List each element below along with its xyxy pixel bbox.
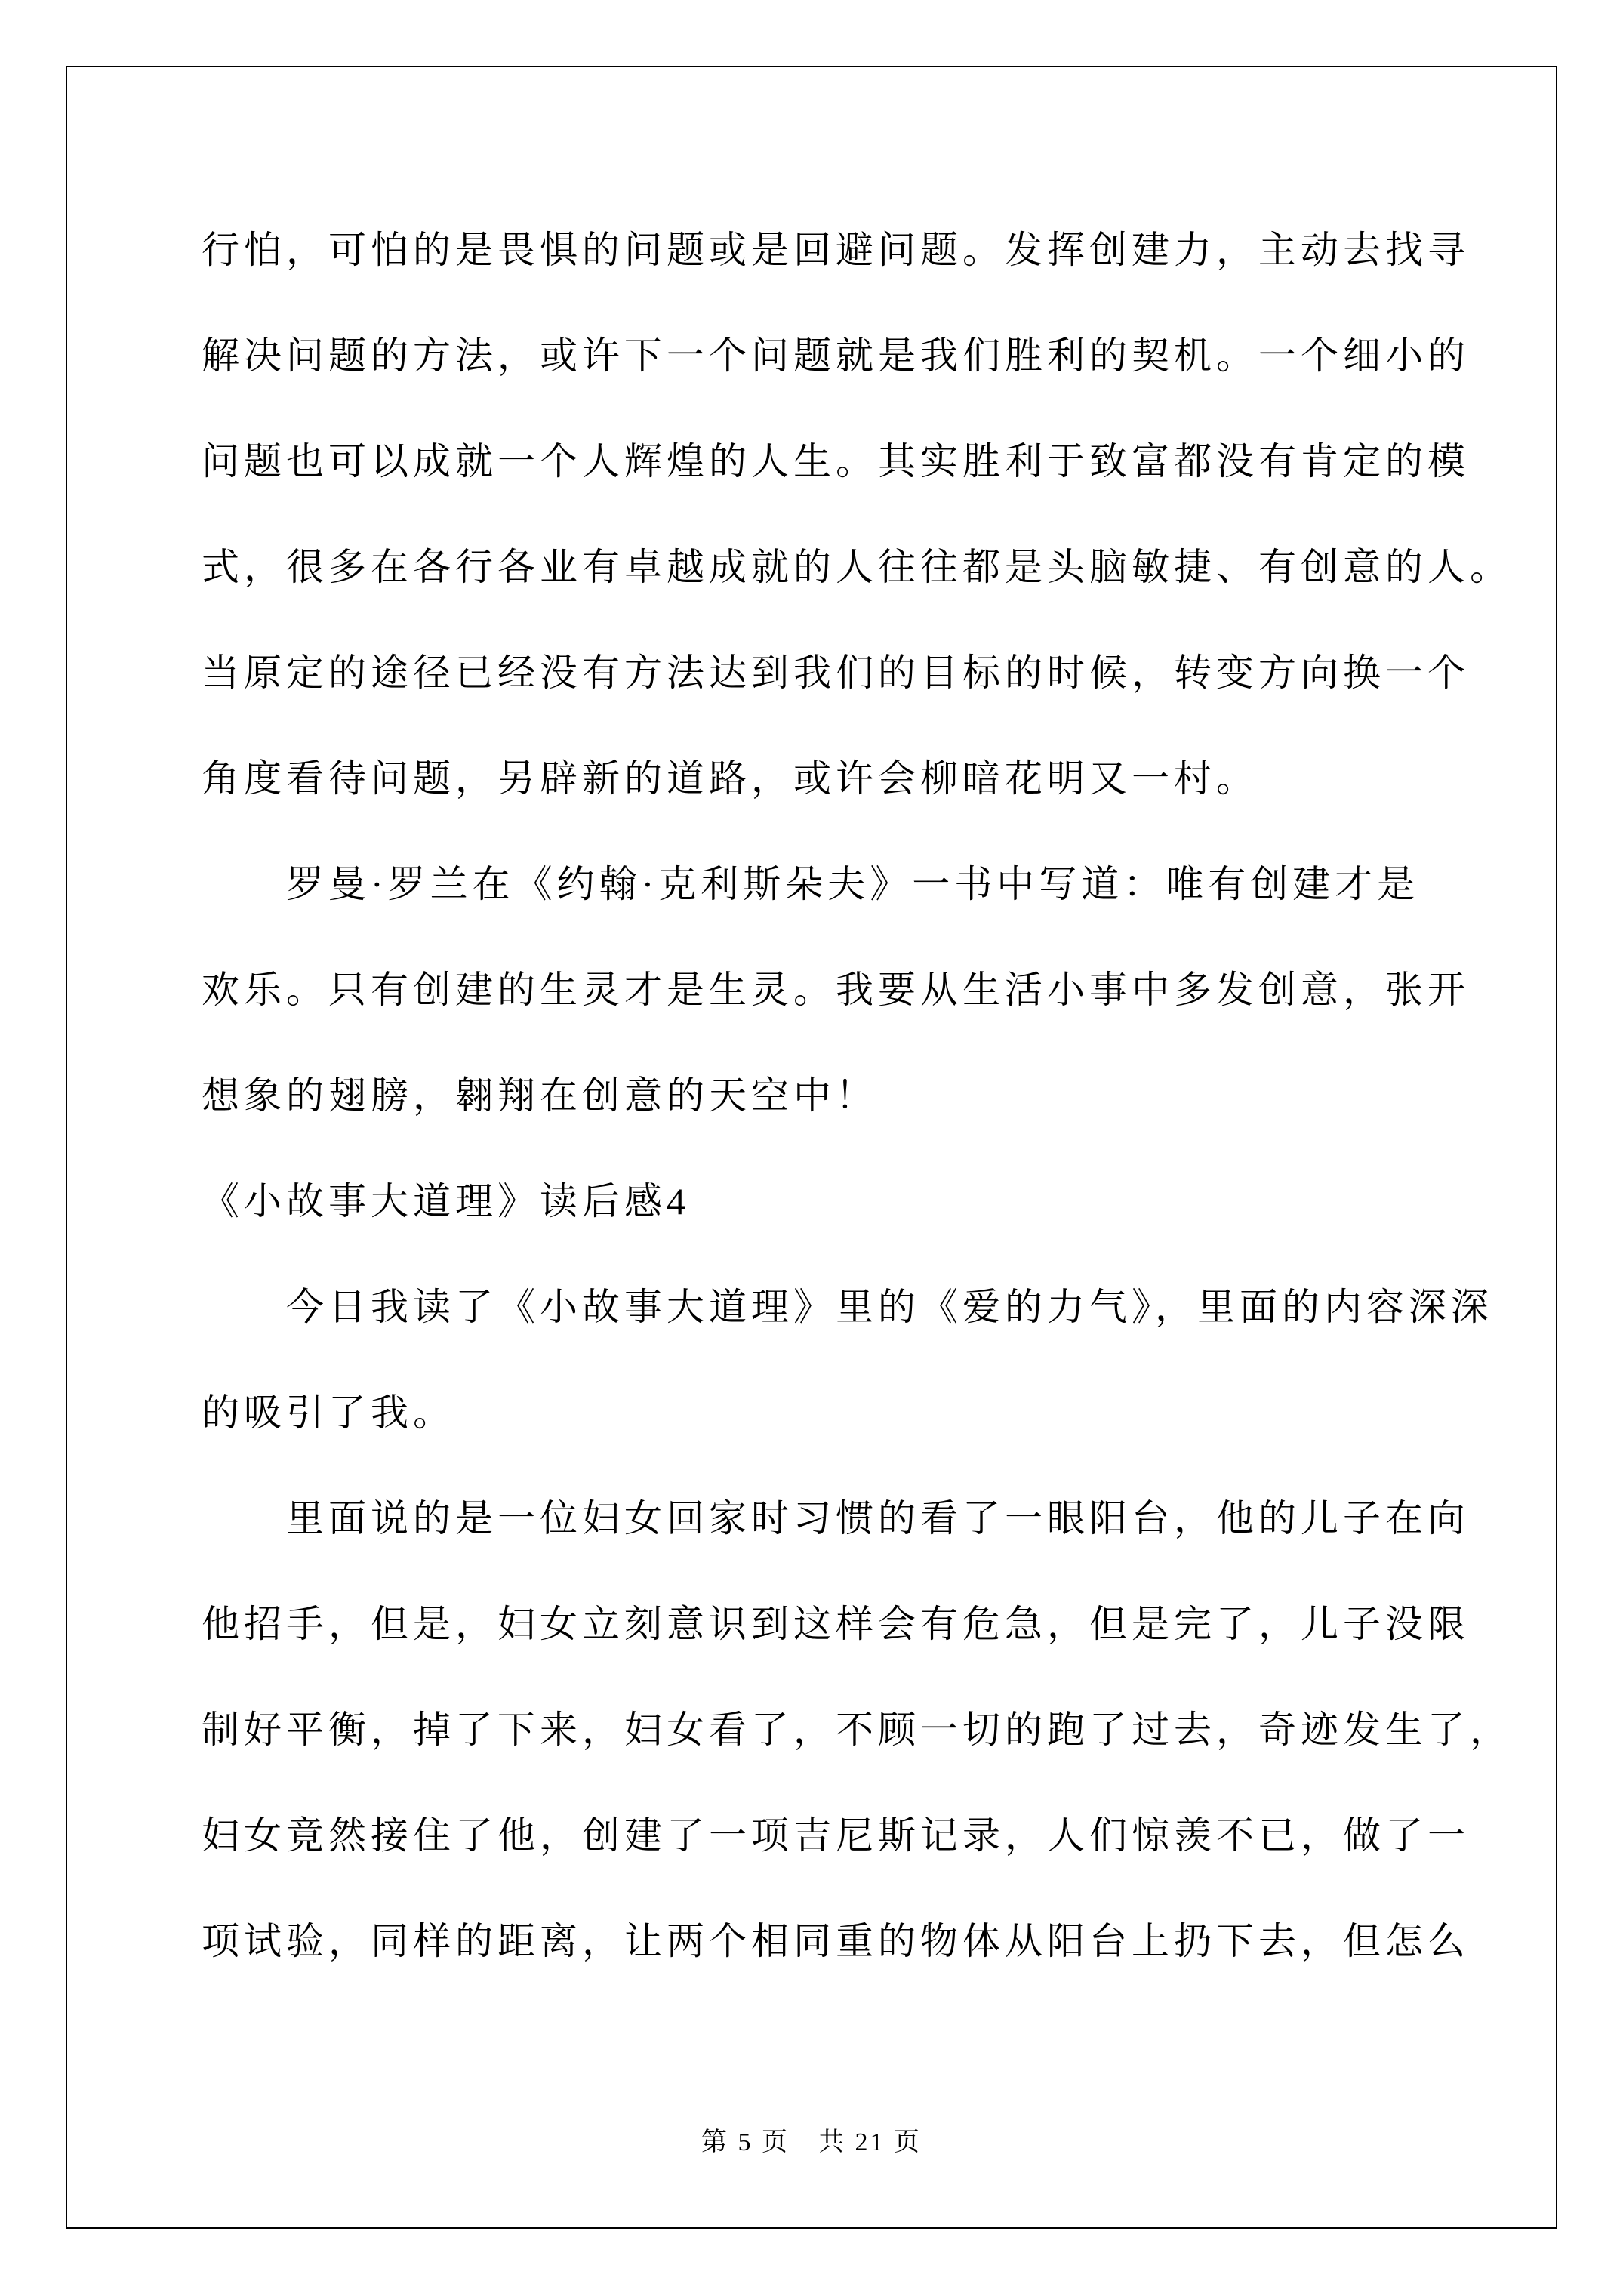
text-line: 解决问题的方法，或许下一个问题就是我们胜利的契机。一个细小的 [202,303,1485,408]
paragraph-story: 里面说的是一位妇女回家时习惯的看了一眼阳台，他的儿子在向 他招手，但是，妇女立刻… [202,1465,1485,1994]
text-line: 里面说的是一位妇女回家时习惯的看了一眼阳台，他的儿子在向 [202,1465,1485,1571]
document-page: 行怕，可怕的是畏惧的问题或是回避问题。发挥创建力，主动去找寻 解决问题的方法，或… [0,0,1623,2296]
text-line: 今日我读了《小故事大道理》里的《爱的力气》，里面的内容深深 [202,1254,1485,1360]
paragraph-continuation: 行怕，可怕的是畏惧的问题或是回避问题。发挥创建力，主动去找寻 解决问题的方法，或… [202,197,1485,831]
page-footer: 第 5 页共 21 页 [67,2128,1556,2158]
text-line: 式，很多在各行各业有卓越成就的人往往都是头脑敏捷、有创意的人。 [202,514,1485,620]
paragraph-quote: 罗曼·罗兰在《约翰·克利斯朵夫》一书中写道：唯有创建才是 欢乐。只有创建的生灵才… [202,831,1485,1148]
page-number-label: 第 5 页 [701,2128,790,2156]
text-line: 问题也可以成就一个人辉煌的人生。其实胜利于致富都没有肯定的模 [202,408,1485,514]
paragraph-intro: 今日我读了《小故事大道理》里的《爱的力气》，里面的内容深深 的吸引了我。 [202,1254,1485,1465]
text-line: 角度看待问题，另辟新的道路，或许会柳暗花明又一村。 [202,726,1485,831]
text-line: 欢乐。只有创建的生灵才是生灵。我要从生活小事中多发创意，张开 [202,937,1485,1043]
text-line: 他招手，但是，妇女立刻意识到这样会有危急，但是完了，儿子没限 [202,1571,1485,1677]
text-line: 想象的翅膀，翱翔在创意的天空中！ [202,1043,1485,1148]
text-line: 当原定的途径已经没有方法达到我们的目标的时候，转变方向换一个 [202,620,1485,726]
text-line: 制好平衡，掉了下来，妇女看了，不顾一切的跑了过去，奇迹发生了， [202,1677,1485,1783]
text-line: 的吸引了我。 [202,1360,1485,1465]
page-total-label: 共 21 页 [818,2128,922,2156]
text-line: 妇女竟然接住了他，创建了一项吉尼斯记录，人们惊羡不已，做了一 [202,1783,1485,1888]
document-body: 行怕，可怕的是畏惧的问题或是回避问题。发挥创建力，主动去找寻 解决问题的方法，或… [202,197,1485,1994]
section-heading: 《小故事大道理》读后感4 [202,1148,1485,1254]
text-line: 项试验，同样的距离，让两个相同重的物体从阳台上扔下去，但怎么 [202,1888,1485,1994]
heading-line: 《小故事大道理》读后感4 [202,1148,1485,1254]
text-line: 罗曼·罗兰在《约翰·克利斯朵夫》一书中写道：唯有创建才是 [202,831,1485,937]
text-line: 行怕，可怕的是畏惧的问题或是回避问题。发挥创建力，主动去找寻 [202,197,1485,303]
page-border-frame: 行怕，可怕的是畏惧的问题或是回避问题。发挥创建力，主动去找寻 解决问题的方法，或… [66,66,1557,2229]
